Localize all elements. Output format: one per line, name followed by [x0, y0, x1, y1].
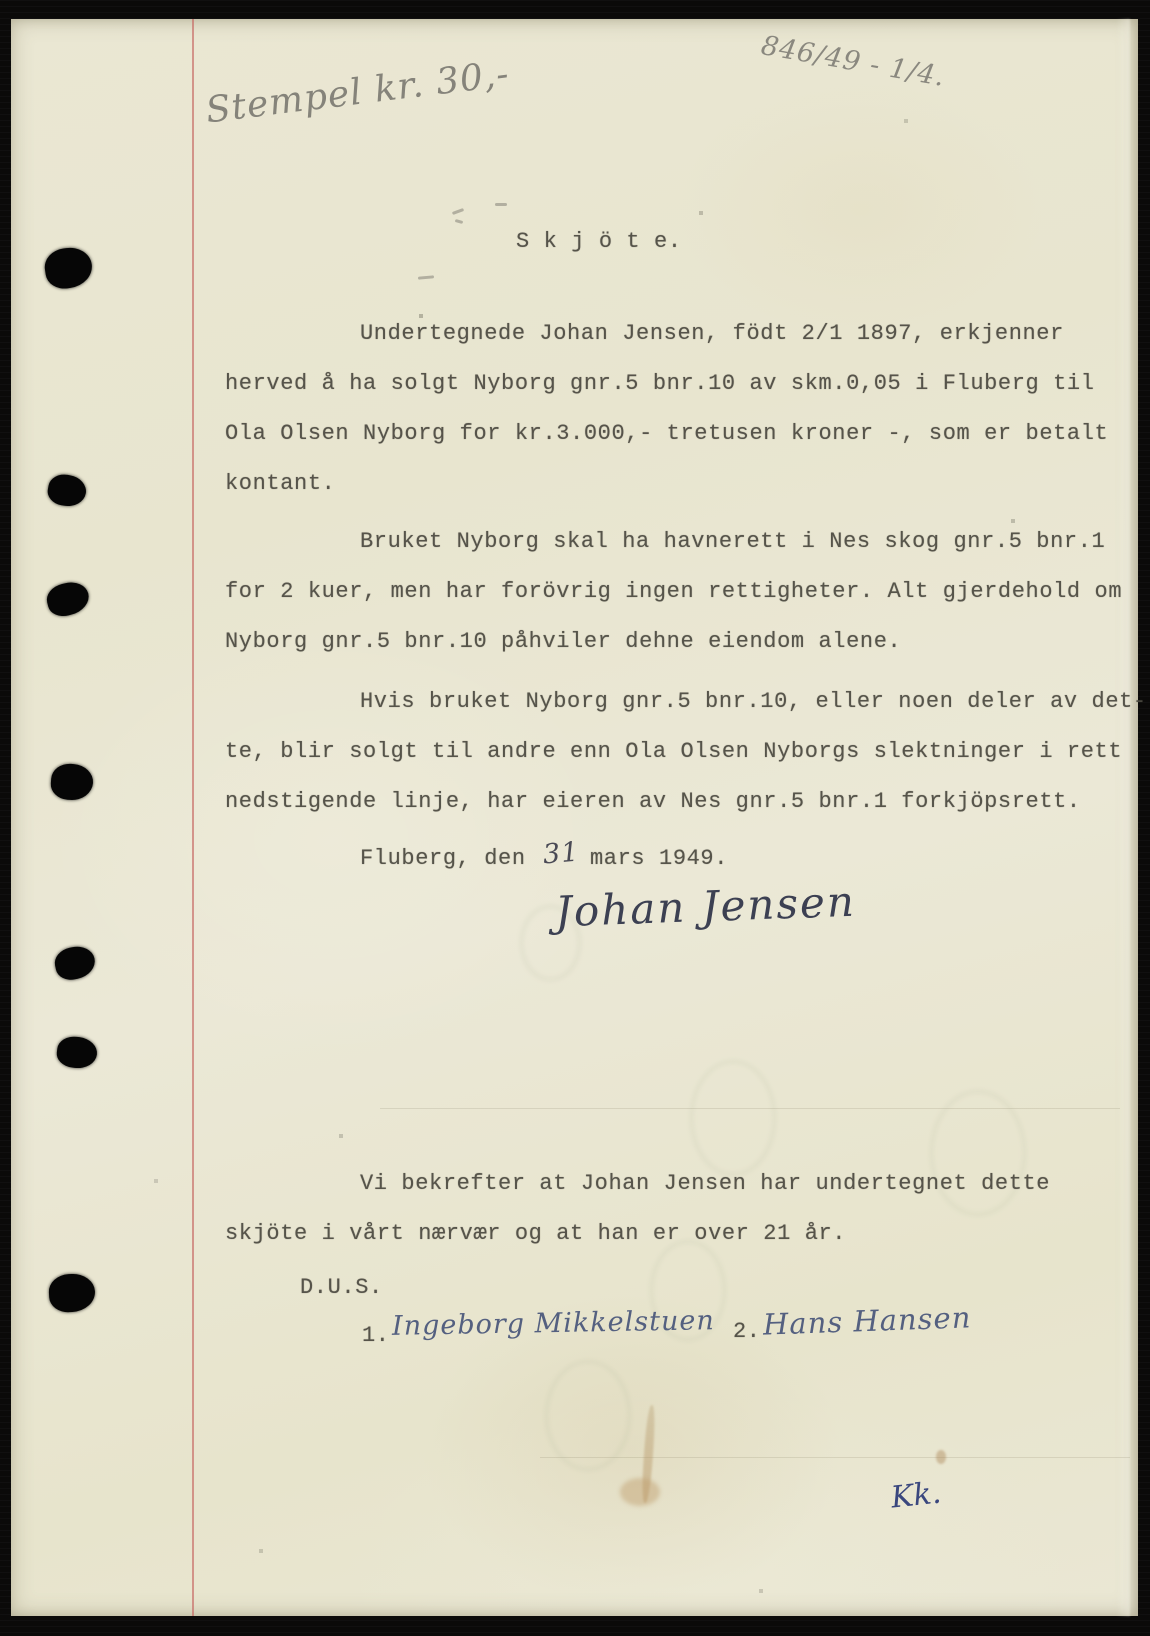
- body-line: Bruket Nyborg skal ha havnerett i Nes sk…: [360, 528, 1105, 556]
- pencil-smudge: [495, 203, 507, 206]
- seller-signature: Johan Jensen: [554, 877, 856, 936]
- body-line: Nyborg gnr.5 bnr.10 påhviler dehne eiend…: [225, 628, 901, 656]
- body-line: for 2 kuer, men har forövrig ingen retti…: [225, 578, 1122, 606]
- body-line: nedstigende linje, har eieren av Nes gnr…: [225, 788, 1081, 816]
- body-line: herved å ha solgt Nyborg gnr.5 bnr.10 av…: [225, 370, 1095, 398]
- paper-crease: [540, 1457, 1130, 1458]
- scanned-deed-page: Stempel kr. 30,- 846/49 - 1/4. S k j ö t…: [0, 0, 1150, 1636]
- body-line: Ola Olsen Nyborg for kr.3.000,- tretusen…: [225, 420, 1108, 448]
- stain: [620, 1478, 660, 1506]
- ink-bleedthrough-ghost: [690, 1060, 776, 1176]
- witness-2-index: 2.: [733, 1318, 761, 1346]
- paper-specks: [0, 0, 2, 2]
- witness-1-signature: Ingeborg Mikkelstuen: [392, 1305, 715, 1342]
- dus-abbreviation: D.U.S.: [300, 1274, 383, 1302]
- clerk-initials: Kk.: [889, 1475, 943, 1515]
- red-margin-line: [192, 19, 194, 1616]
- handwritten-day: 31: [542, 836, 581, 870]
- date-month-year: mars 1949.: [590, 845, 728, 873]
- attestation-line: Vi bekrefter at Johan Jensen har underte…: [360, 1170, 1050, 1198]
- body-line: kontant.: [225, 470, 335, 498]
- ink-bleedthrough-ghost: [545, 1360, 631, 1471]
- date-place-label: Fluberg, den: [360, 845, 526, 873]
- witness-2-signature: Hans Hansen: [762, 1300, 971, 1341]
- document-title: S k j ö t e.: [516, 228, 682, 256]
- witness-1-index: 1.: [362, 1322, 390, 1350]
- body-line: Hvis bruket Nyborg gnr.5 bnr.10, eller n…: [360, 688, 1147, 716]
- paper-right-edge: [1116, 19, 1130, 1616]
- attestation-line: skjöte i vårt nærvær og at han er over 2…: [225, 1220, 846, 1248]
- stain: [936, 1450, 946, 1464]
- body-line: te, blir solgt til andre enn Ola Olsen N…: [225, 738, 1122, 766]
- body-line: Undertegnede Johan Jensen, födt 2/1 1897…: [360, 320, 1064, 348]
